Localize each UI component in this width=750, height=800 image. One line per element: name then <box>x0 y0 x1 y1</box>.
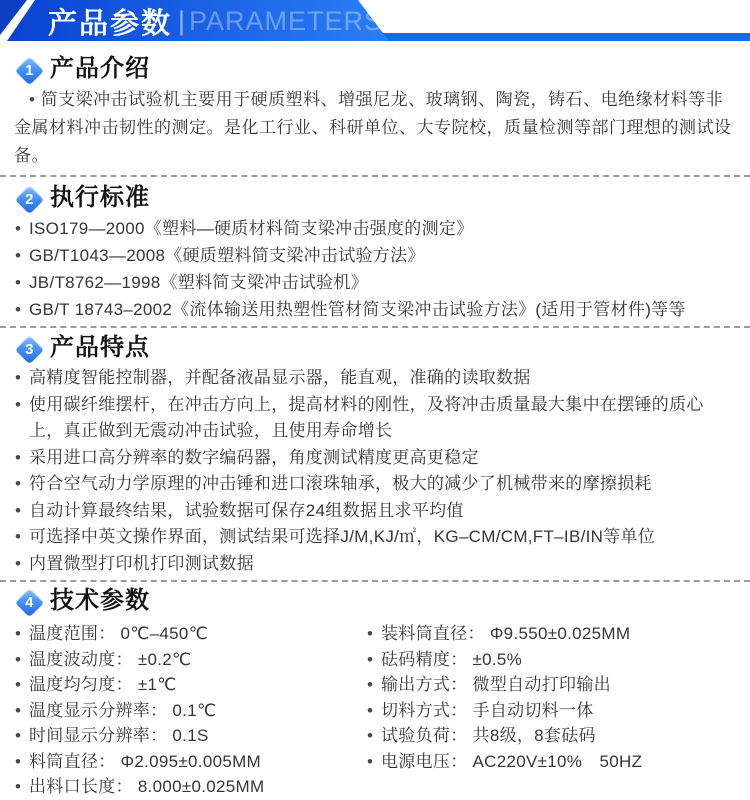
param-item: 切料方式： 手自动切料一体 <box>366 698 736 724</box>
section-3-title: 产品特点 <box>50 333 150 363</box>
list-item: 使用碳纤维摆杆，在冲击方向上，提高材料的刚性，及将冲击质量最大集中在摆锤的质心上… <box>14 392 736 445</box>
param-item: 时间显示分辨率： 0.1S <box>14 723 366 749</box>
banner-title: 产品参数 | PARAMETERS <box>48 2 383 40</box>
section-4-heading: 4 技术参数 <box>14 586 736 616</box>
intro-paragraph: 简支梁冲击试验机主要用于硬质塑料、增强尼龙、玻璃钢、陶瓷，铸石、电绝缘材料等非金… <box>14 86 736 170</box>
features-list: 高精度智能控制器，并配备液晶显示器，能直观，准确的读取数据 使用碳纤维摆杆，在冲… <box>14 365 736 577</box>
tech-params-right-column: 装料筒直径： Φ9.550±0.025MM 砝码精度： ±0.5% 输出方式： … <box>366 621 736 774</box>
section-3-number-icon: 3 <box>15 334 45 364</box>
section-2-number-icon: 2 <box>15 184 45 214</box>
tech-params: 温度范围： 0℃–450℃ 温度波动度： ±0.2℃ 温度均匀度： ±1℃ 温度… <box>14 619 736 800</box>
section-2-heading: 2 执行标准 <box>14 183 736 213</box>
page-content: 1 产品介绍 简支梁冲击试验机主要用于硬质塑料、增强尼龙、玻璃钢、陶瓷，铸石、电… <box>0 54 750 800</box>
param-item: 砝码精度： ±0.5% <box>366 647 736 673</box>
section-4-title: 技术参数 <box>50 586 150 616</box>
banner-title-en: PARAMETERS <box>189 6 383 37</box>
section-2-title: 执行标准 <box>50 183 150 213</box>
section-4-number-icon: 4 <box>15 587 45 617</box>
list-item: 高精度智能控制器，并配备液晶显示器，能直观，准确的读取数据 <box>14 365 736 392</box>
param-item: 料筒直径： Φ2.095±0.005MM <box>14 749 366 775</box>
param-item: 电源电压： AC220V±10% 50HZ <box>366 749 736 775</box>
param-item: 装料筒直径： Φ9.550±0.025MM <box>366 621 736 647</box>
banner-tail-bar <box>382 33 750 41</box>
list-item: 符合空气动力学原理的冲击锤和进口滚珠轴承，极大的减少了机械带来的摩擦损耗 <box>14 471 736 498</box>
tech-params-left-column: 温度范围： 0℃–450℃ 温度波动度： ±0.2℃ 温度均匀度： ±1℃ 温度… <box>14 621 366 800</box>
list-item: 内置微型打印机打印测试数据 <box>14 551 736 578</box>
section-1-title: 产品介绍 <box>50 54 150 84</box>
banner-divider: | <box>178 6 185 37</box>
standards-list: ISO179—2000《塑料—硬质材料简支梁冲击强度的测定》 GB/T1043—… <box>14 215 736 323</box>
section-1-number-icon: 1 <box>15 55 45 85</box>
param-item: 温度显示分辨率： 0.1℃ <box>14 698 366 724</box>
dashed-divider <box>0 326 750 328</box>
param-item: 温度波动度： ±0.2℃ <box>14 647 366 673</box>
param-item: 输出方式： 微型自动打印输出 <box>366 672 736 698</box>
list-item: GB/T1043—2008《硬质塑料简支梁冲击试验方法》 <box>14 242 736 269</box>
header-banner: 产品参数 | PARAMETERS <box>0 0 750 42</box>
list-item: JB/T8762—1998《塑料简支梁冲击试验机》 <box>14 269 736 296</box>
dashed-divider <box>0 580 750 582</box>
param-item: 出料口长度： 8.000±0.025MM <box>14 774 366 800</box>
list-item: 采用进口高分辨率的数字编码器，角度测试精度更高更稳定 <box>14 445 736 472</box>
list-item: ISO179—2000《塑料—硬质材料简支梁冲击强度的测定》 <box>14 215 736 242</box>
section-3-heading: 3 产品特点 <box>14 333 736 363</box>
list-item: GB/T 18743–2002《流体输送用热塑性管材简支梁冲击试验方法》(适用于… <box>14 296 736 323</box>
list-item: 自动计算最终结果，试验数据可保存24组数据且求平均值 <box>14 498 736 525</box>
banner-title-cn: 产品参数 <box>48 1 172 42</box>
dashed-divider <box>0 175 750 177</box>
section-1-heading: 1 产品介绍 <box>14 54 736 84</box>
param-item: 试验负荷： 共8级，8套砝码 <box>366 723 736 749</box>
param-item: 温度均匀度： ±1℃ <box>14 672 366 698</box>
list-item: 可选择中英文操作界面，测试结果可选择J/M,KJ/㎡，KG–CM/CM,FT–I… <box>14 524 736 551</box>
param-item: 温度范围： 0℃–450℃ <box>14 621 366 647</box>
